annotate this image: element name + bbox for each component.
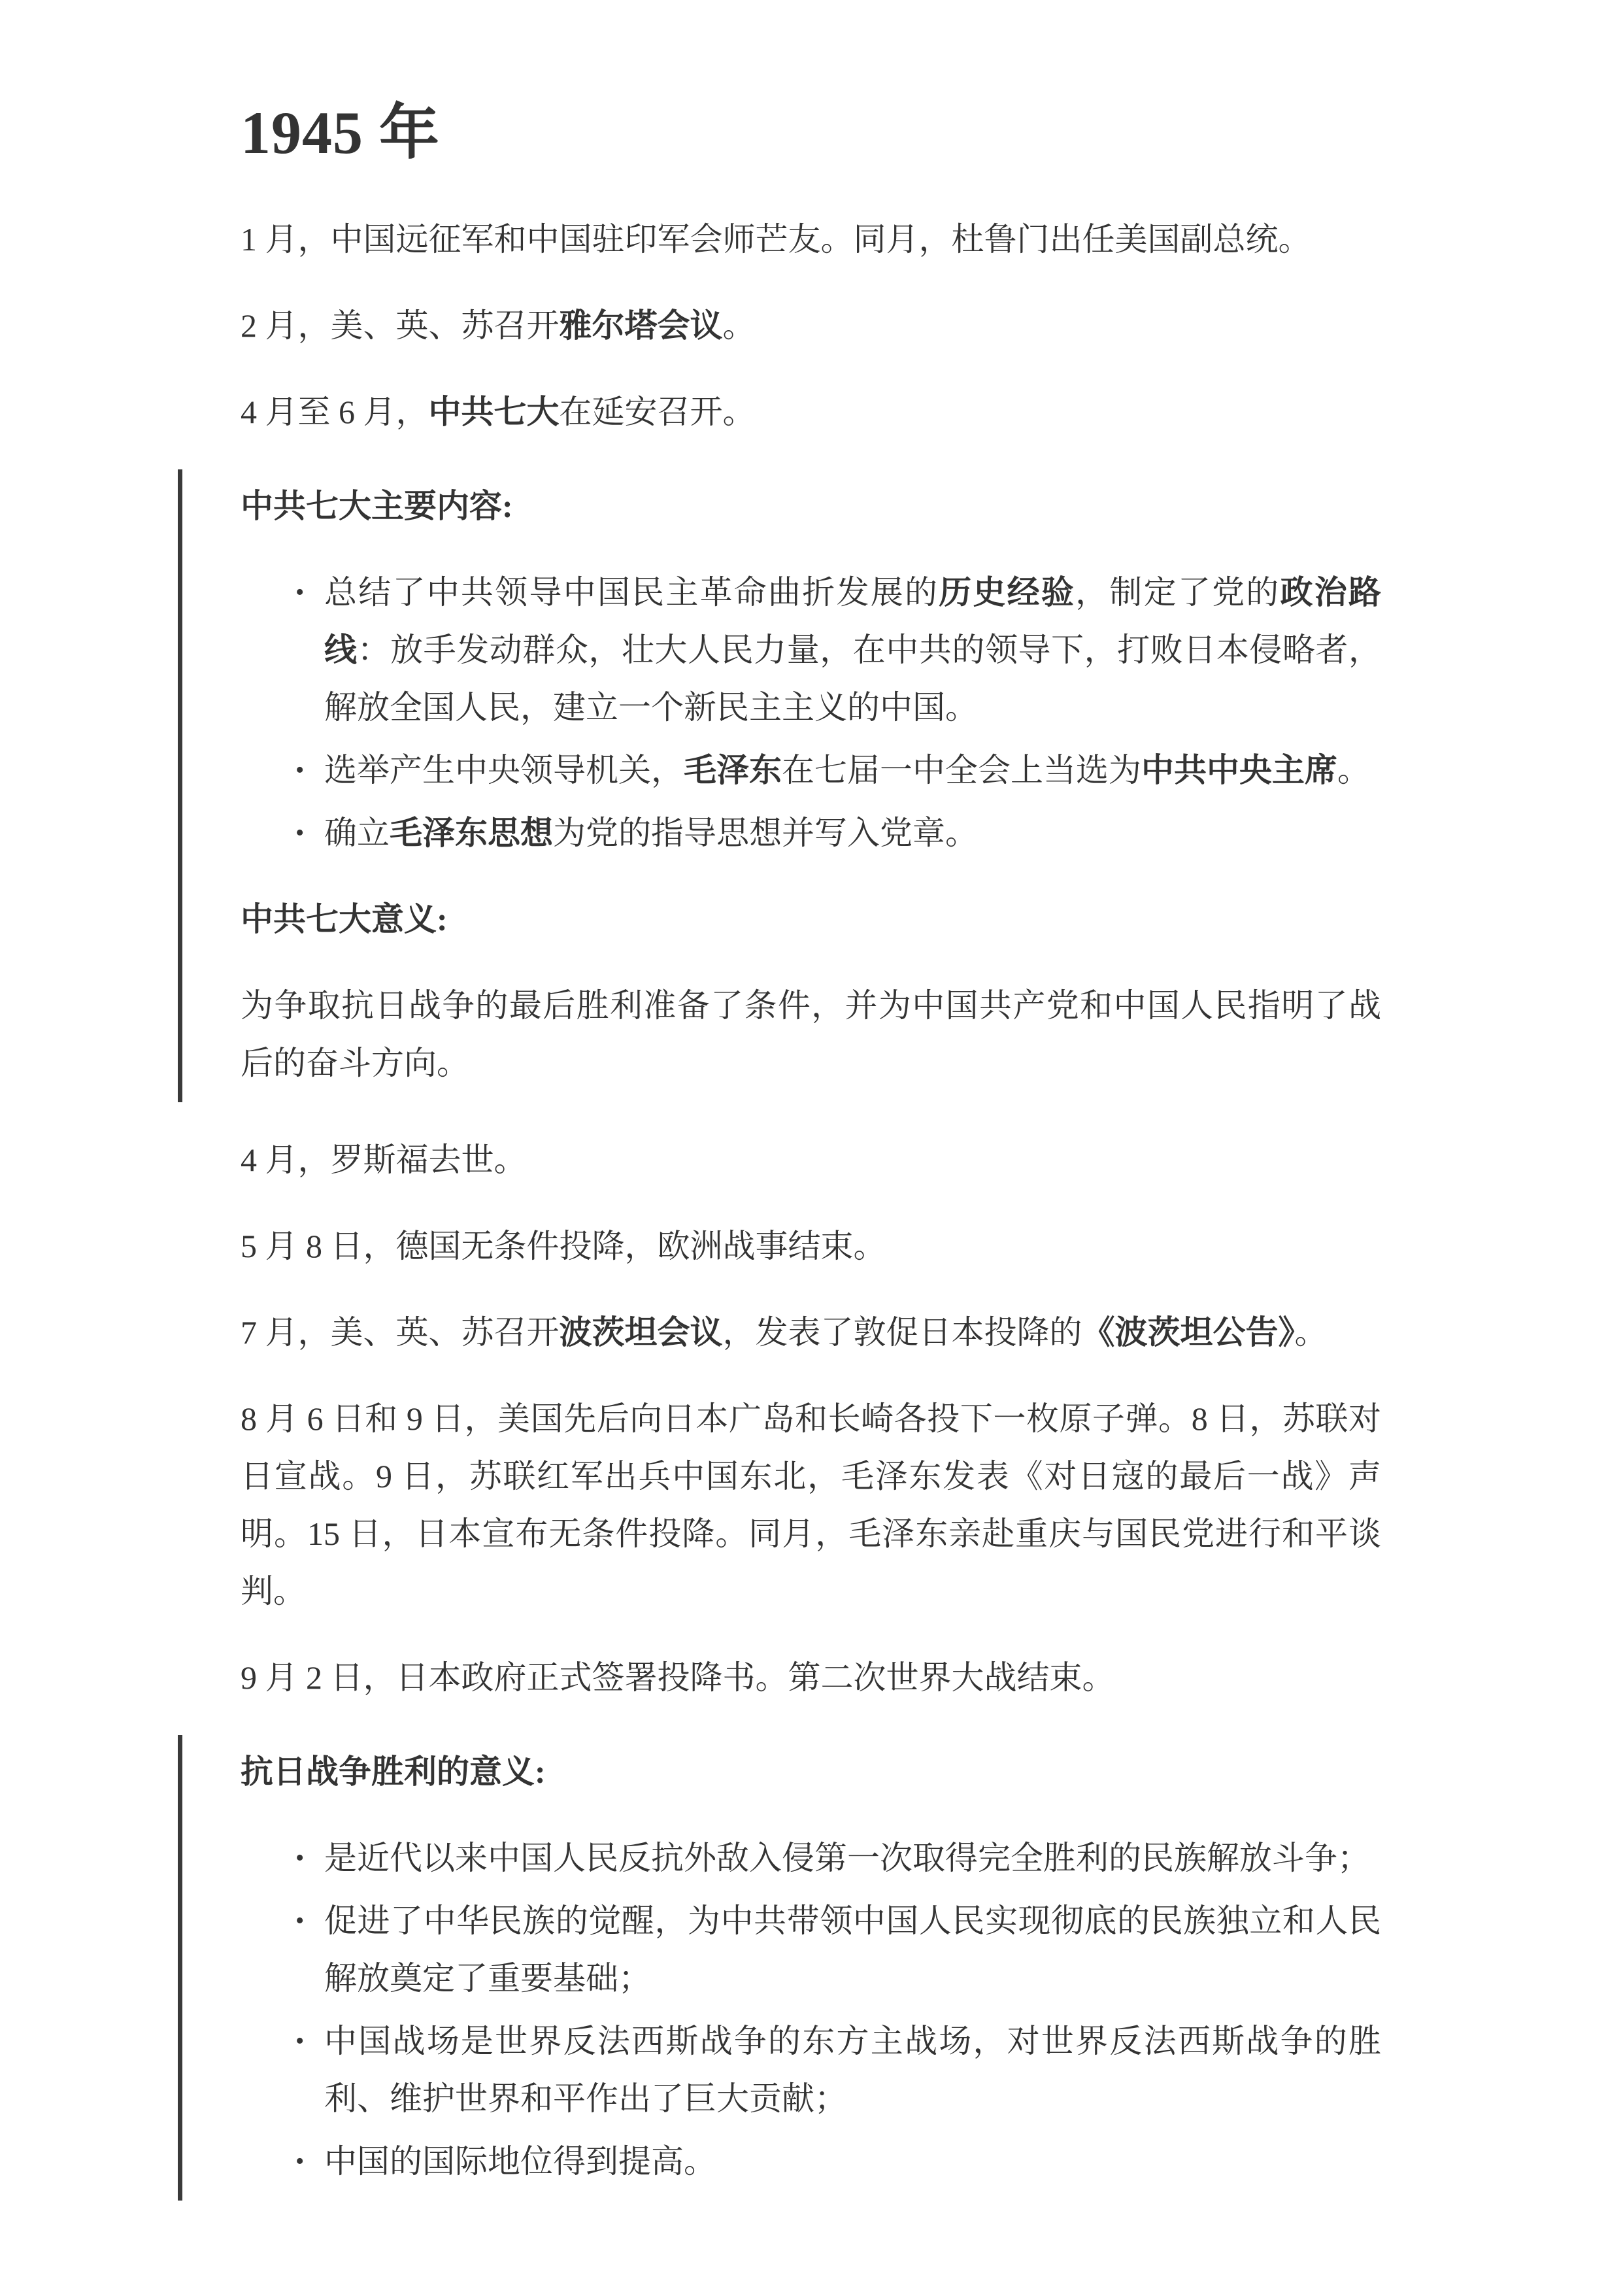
text-run: 4 月至 6 月，: [241, 394, 429, 430]
bold-text-run: 中共七大意义:: [241, 901, 448, 937]
text-run: ：放手发动群众，壮大人民力量，在中共的领导下，打败日本侵略者，解放全国人民，建立…: [324, 632, 1381, 726]
bold-text-run: 中共七大主要内容:: [241, 488, 513, 524]
list-item: •中国的国际地位得到提高。: [324, 2133, 1381, 2190]
text-run: 促进了中华民族的觉醒，为中共带领中国人民实现彻底的民族独立和人民解放奠定了重要基…: [324, 1902, 1381, 1997]
text-run: 选举产生中央领导机关，: [324, 752, 684, 788]
text-run: 为争取抗日战争的最后胜利准备了条件，并为中国共产党和中国人民指明了战后的奋斗方向…: [241, 987, 1381, 1081]
bullet-icon: •: [295, 741, 304, 799]
list-item: •总结了中共领导中国民主革命曲折发展的历史经验，制定了党的政治路线：放手发动群众…: [324, 564, 1381, 736]
text-run: 。: [1295, 1314, 1328, 1351]
document-page: 1945 年1 月，中国远征军和中国驻印军会师芒友。同月，杜鲁门出任美国副总统。…: [0, 0, 1623, 2296]
bullet-icon: •: [295, 2133, 304, 2190]
bold-text-run: 中共中央主席: [1141, 752, 1337, 788]
paragraph: 5 月 8 日，德国无条件投降，欧洲战事结束。: [241, 1217, 1381, 1275]
text-run: 2 月，美、英、苏召开: [241, 307, 560, 344]
bullet-list: •总结了中共领导中国民主革命曲折发展的历史经验，制定了党的政治路线：放手发动群众…: [241, 564, 1381, 862]
bullet-icon: •: [295, 564, 304, 621]
bullet-icon: •: [295, 1892, 304, 1950]
text-run: 确立: [324, 815, 390, 851]
paragraph: 中共七大意义:: [241, 890, 1381, 948]
text-run: 。: [723, 307, 756, 344]
list-item: •是近代以来中国人民反抗外敌入侵第一次取得完全胜利的民族解放斗争；: [324, 1829, 1381, 1887]
text-run: 5 月 8 日，德国无条件投降，欧洲战事结束。: [241, 1228, 886, 1264]
text-run: 1 月，中国远征军和中国驻印军会师芒友。同月，杜鲁门出任美国副总统。: [241, 221, 1311, 258]
paragraph: 抗日战争胜利的意义:: [241, 1743, 1381, 1800]
bold-text-run: 历史经验: [939, 574, 1075, 611]
text-run: 7 月，美、英、苏召开: [241, 1314, 560, 1351]
list-item: •促进了中华民族的觉醒，为中共带领中国人民实现彻底的民族独立和人民解放奠定了重要…: [324, 1892, 1381, 2007]
bold-text-run: 毛泽东: [684, 752, 782, 788]
bold-text-run: 中共七大: [429, 394, 560, 430]
paragraph: 4 月，罗斯福去世。: [241, 1131, 1381, 1189]
bullet-icon: •: [295, 2012, 304, 2070]
bullet-icon: •: [295, 804, 304, 862]
paragraph: 中共七大主要内容:: [241, 477, 1381, 535]
text-run: ，制定了党的: [1075, 574, 1280, 611]
bold-text-run: 《波茨坦公告》: [1082, 1314, 1295, 1351]
text-run: 9 月 2 日，日本政府正式签署投降书。第二次世界大战结束。: [241, 1659, 1115, 1696]
bold-text-run: 毛泽东思想: [390, 815, 553, 851]
text-run: 为党的指导思想并写入党章。: [553, 815, 978, 851]
paragraph: 4 月至 6 月，中共七大在延安召开。: [241, 383, 1381, 441]
bullet-list: •是近代以来中国人民反抗外敌入侵第一次取得完全胜利的民族解放斗争；•促进了中华民…: [241, 1829, 1381, 2190]
bold-text-run: 波茨坦会议: [560, 1314, 723, 1351]
text-run: 在七届一中全会上当选为: [782, 752, 1141, 788]
paragraph: 9 月 2 日，日本政府正式签署投降书。第二次世界大战结束。: [241, 1649, 1381, 1706]
bold-text-run: 抗日战争胜利的意义:: [241, 1753, 546, 1790]
text-run: 中国战场是世界反法西斯战争的东方主战场，对世界反法西斯战争的胜利、维护世界和平作…: [324, 2023, 1381, 2117]
paragraph: 7 月，美、英、苏召开波茨坦会议，发表了敦促日本投降的《波茨坦公告》。: [241, 1304, 1381, 1361]
bold-text-run: 雅尔塔会议: [560, 307, 723, 344]
text-run: ，发表了敦促日本投降的: [723, 1314, 1082, 1351]
bold-text-run: 1945 年: [241, 99, 440, 166]
paragraph: 2 月，美、英、苏召开雅尔塔会议。: [241, 297, 1381, 354]
paragraph: 1 月，中国远征军和中国驻印军会师芒友。同月，杜鲁门出任美国副总统。: [241, 211, 1381, 268]
blockquote: 抗日战争胜利的意义:•是近代以来中国人民反抗外敌入侵第一次取得完全胜利的民族解放…: [178, 1735, 1381, 2201]
list-item: •确立毛泽东思想为党的指导思想并写入党章。: [324, 804, 1381, 862]
text-run: 是近代以来中国人民反抗外敌入侵第一次取得完全胜利的民族解放斗争；: [324, 1840, 1370, 1876]
document-content: 1945 年1 月，中国远征军和中国驻印军会师芒友。同月，杜鲁门出任美国副总统。…: [0, 0, 1623, 2201]
text-run: 。: [1337, 752, 1370, 788]
text-run: 8 月 6 日和 9 日，美国先后向日本广岛和长崎各投下一枚原子弹。8 日，苏联…: [241, 1400, 1381, 1610]
list-item: •中国战场是世界反法西斯战争的东方主战场，对世界反法西斯战争的胜利、维护世界和平…: [324, 2012, 1381, 2127]
text-run: 中国的国际地位得到提高。: [324, 2143, 716, 2180]
blockquote: 中共七大主要内容:•总结了中共领导中国民主革命曲折发展的历史经验，制定了党的政治…: [178, 469, 1381, 1102]
page-title: 1945 年: [241, 97, 1381, 169]
paragraph: 为争取抗日战争的最后胜利准备了条件，并为中国共产党和中国人民指明了战后的奋斗方向…: [241, 977, 1381, 1092]
list-item: •选举产生中央领导机关，毛泽东在七届一中全会上当选为中共中央主席。: [324, 741, 1381, 799]
text-run: 在延安召开。: [560, 394, 756, 430]
paragraph: 8 月 6 日和 9 日，美国先后向日本广岛和长崎各投下一枚原子弹。8 日，苏联…: [241, 1390, 1381, 1620]
bullet-icon: •: [295, 1829, 304, 1887]
text-run: 总结了中共领导中国民主革命曲折发展的: [324, 574, 939, 611]
text-run: 4 月，罗斯福去世。: [241, 1141, 527, 1178]
